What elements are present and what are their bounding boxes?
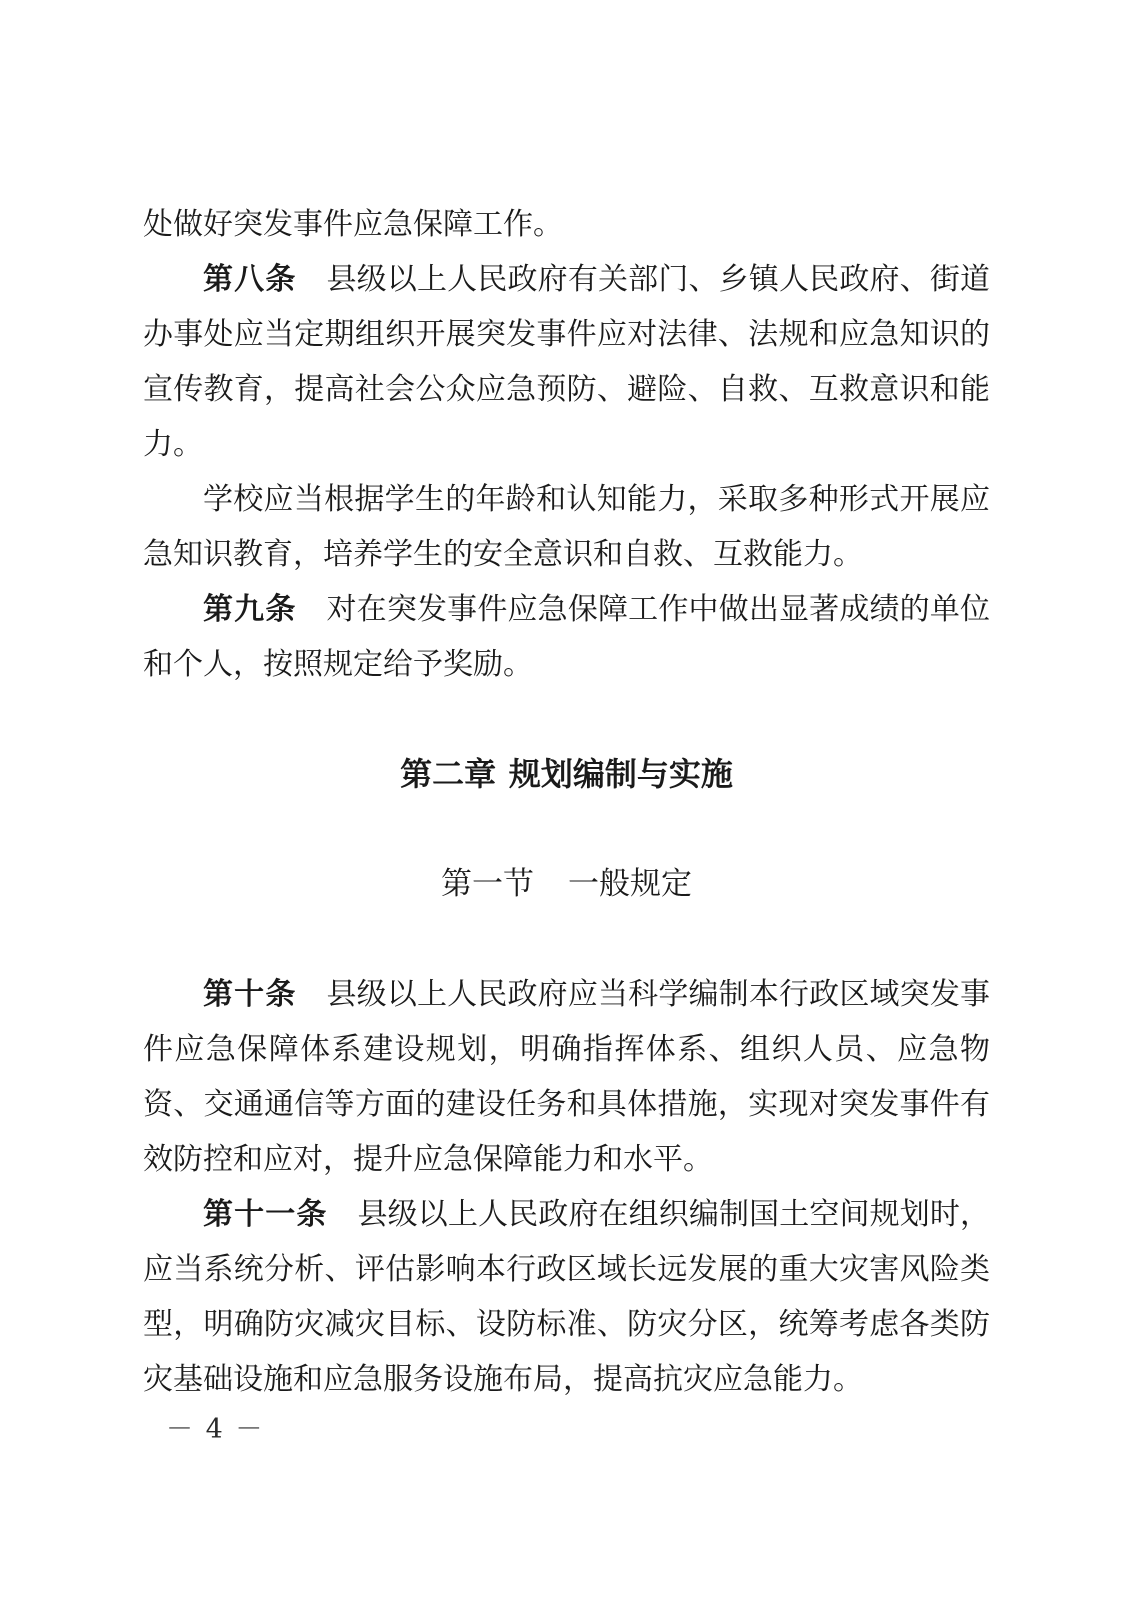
continuation-paragraph-text: 处做好突发事件应急保障工作。 — [143, 207, 563, 242]
article-9-paragraph: 第九条对在突发事件应急保障工作中做出显著成绩的单位和个人，按照规定给予奖励。 — [143, 582, 990, 692]
article-9-number: 第九条 — [203, 592, 297, 627]
article-10-paragraph: 第十条县级以上人民政府应当科学编制本行政区域突发事件应急保障体系建设规划，明确指… — [143, 967, 990, 1187]
chapter-2-title: 规划编制与实施 — [509, 755, 733, 793]
page-number: － 4 － — [166, 1408, 264, 1452]
section-1-heading: 第一节一般规定 — [143, 857, 990, 912]
article-11-paragraph: 第十一条县级以上人民政府在组织编制国土空间规划时，应当系统分析、评估影响本行政区… — [143, 1187, 990, 1407]
section-1-title: 一般规定 — [568, 866, 692, 902]
article-8-paragraph: 第八条县级以上人民政府有关部门、乡镇人民政府、街道办事处应当定期组织开展突发事件… — [143, 252, 990, 472]
article-8-subparagraph-text: 学校应当根据学生的年龄和认知能力，采取多种形式开展应急知识教育，培养学生的安全意… — [143, 482, 990, 572]
continuation-paragraph: 处做好突发事件应急保障工作。 — [143, 197, 990, 252]
document-body: 处做好突发事件应急保障工作。 第八条县级以上人民政府有关部门、乡镇人民政府、街道… — [143, 197, 990, 1407]
section-1-number: 第一节 — [441, 866, 534, 902]
article-8-subparagraph: 学校应当根据学生的年龄和认知能力，采取多种形式开展应急知识教育，培养学生的安全意… — [143, 472, 990, 582]
document-page: 处做好突发事件应急保障工作。 第八条县级以上人民政府有关部门、乡镇人民政府、街道… — [0, 0, 1132, 1600]
article-11-number: 第十一条 — [203, 1197, 328, 1232]
chapter-2-heading: 第二章规划编制与实施 — [143, 747, 990, 802]
article-8-number: 第八条 — [203, 262, 297, 297]
chapter-2-number: 第二章 — [400, 755, 496, 793]
article-10-number: 第十条 — [203, 977, 297, 1012]
